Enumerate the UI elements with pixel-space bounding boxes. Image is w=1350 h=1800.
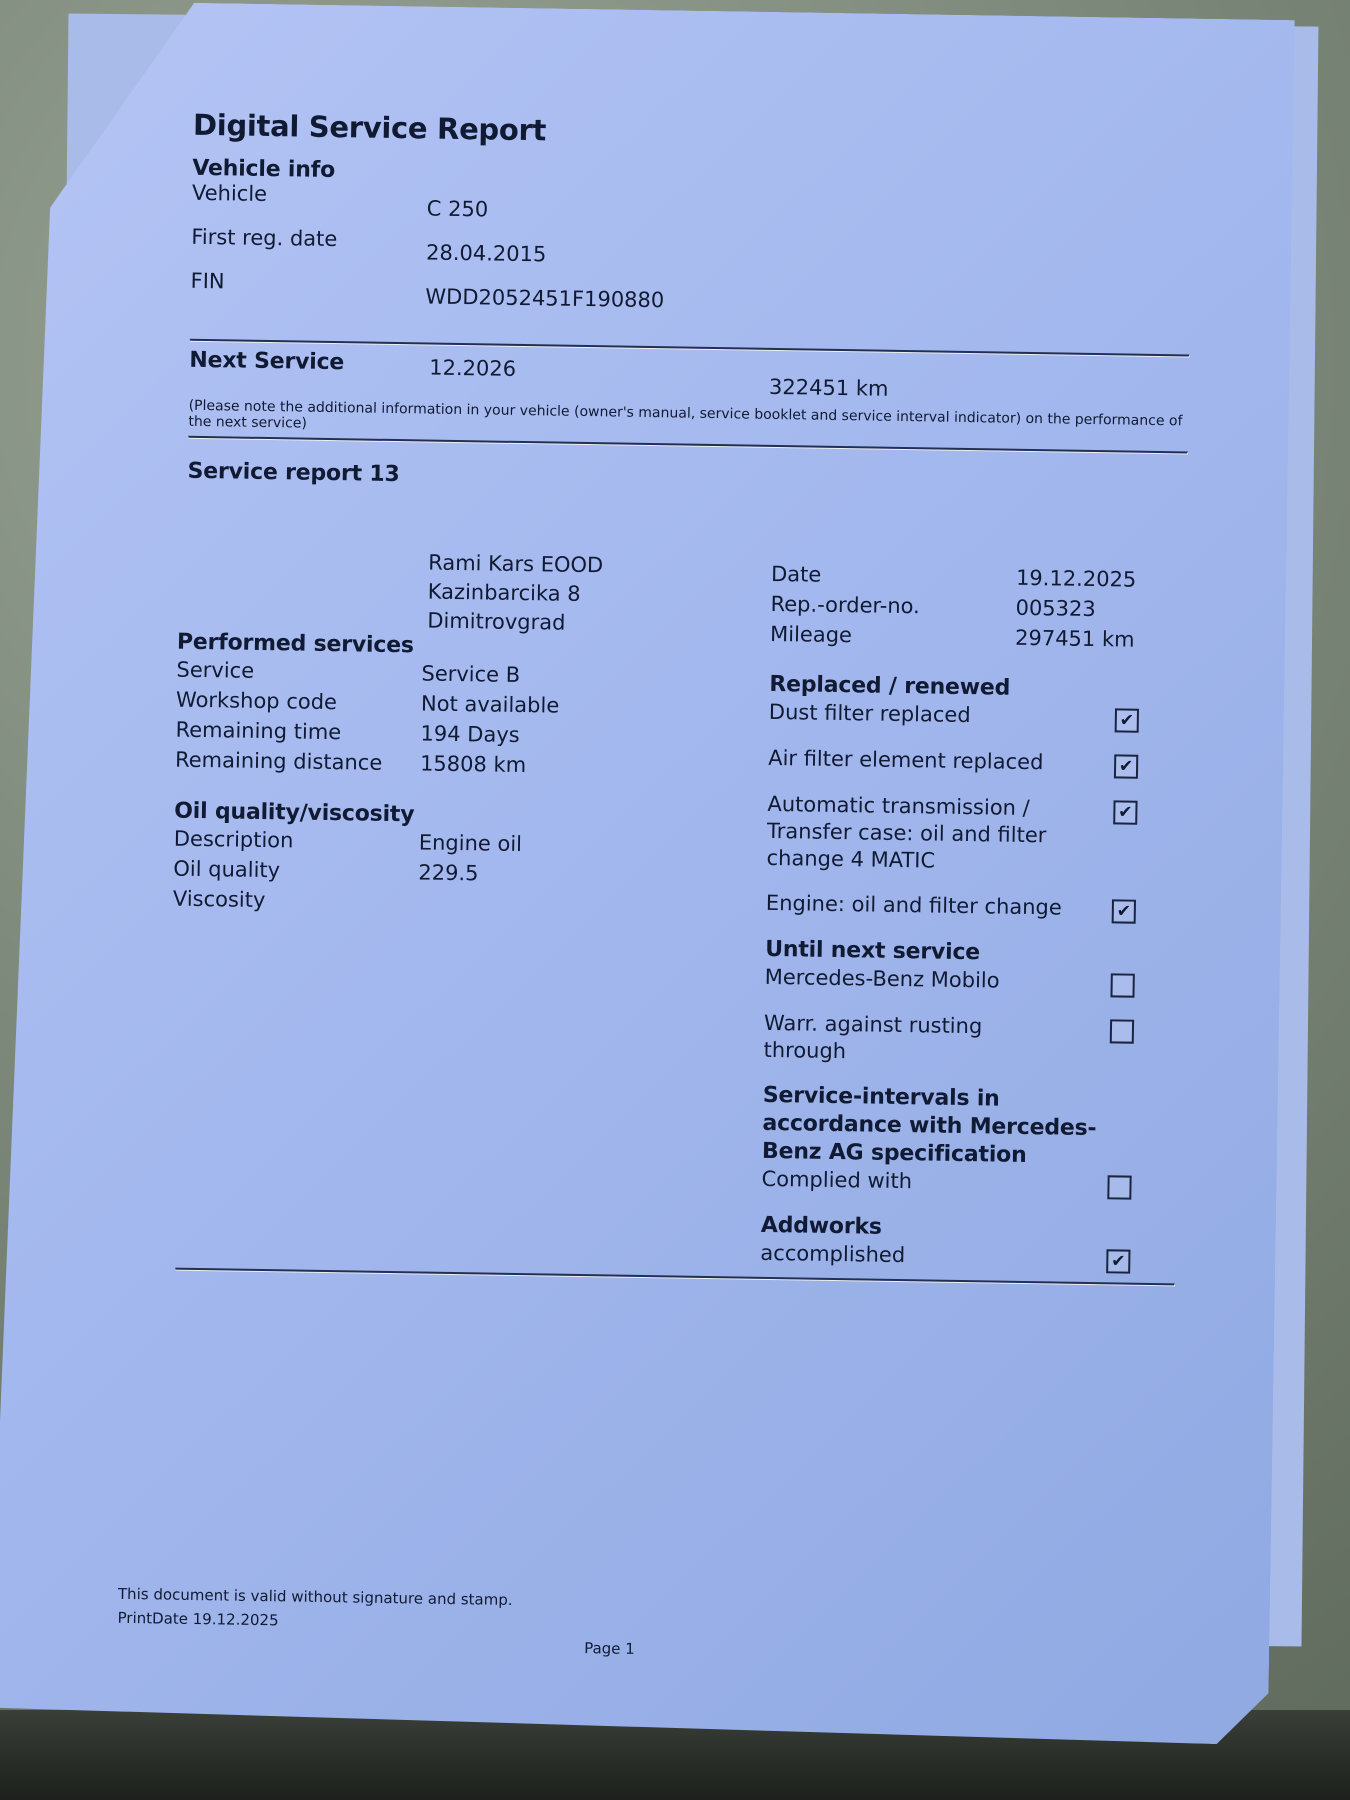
checkbox-empty-icon[interactable]	[1110, 973, 1134, 997]
page-title: Digital Service Report	[193, 108, 1193, 158]
date-value: 19.12.2025	[1016, 563, 1137, 595]
checklist-item-label: Automatic transmission / Transfer case: …	[766, 791, 1067, 877]
checkbox-checked-icon[interactable]: ✔	[1113, 800, 1137, 824]
workshop-address: Rami Kars EOOD Kazinbarcika 8 Dimitrovgr…	[427, 549, 603, 639]
service-label: Service	[176, 655, 421, 689]
first-reg-value: 28.04.2015	[426, 240, 547, 266]
left-column: Performed services Service Service B Wor…	[173, 630, 697, 922]
right-column: Date 19.12.2025 Rep.-order-no. 005323 Mi…	[760, 559, 1141, 1292]
checklist-item: Warr. against rusting through	[763, 1010, 1134, 1070]
workshop-code-value: Not available	[421, 688, 560, 720]
mileage-row: Mileage 297451 km	[770, 619, 1140, 655]
checklist-item-label: accomplished	[760, 1240, 1060, 1272]
mileage-value: 297451 km	[1015, 623, 1135, 655]
report-meta: Date 19.12.2025 Rep.-order-no. 005323 Mi…	[770, 559, 1141, 655]
checkbox-checked-icon[interactable]: ✔	[1115, 708, 1139, 732]
workshop-street: Kazinbarcika 8	[428, 578, 603, 610]
page-number: Page 1	[584, 1639, 635, 1658]
checklist-item-label: Air filter element replaced	[768, 745, 1068, 777]
addworks-list: accomplished✔	[760, 1240, 1130, 1274]
checklist-item: Engine: oil and filter change✔	[766, 890, 1136, 924]
checkbox-checked-icon[interactable]: ✔	[1106, 1249, 1130, 1273]
oil-description-label: Description	[174, 824, 419, 858]
checklist-item: Air filter element replaced✔	[768, 745, 1138, 779]
remaining-time-label: Remaining time	[175, 715, 420, 749]
oil-quality-label: Oil quality	[173, 854, 418, 888]
mileage-label: Mileage	[770, 619, 1015, 653]
checkbox-checked-icon[interactable]: ✔	[1112, 899, 1136, 923]
remaining-distance-label: Remaining distance	[175, 745, 420, 779]
report-sheet: Digital Service Report Vehicle info Vehi…	[0, 0, 1295, 1745]
vehicle-label: Vehicle	[192, 181, 267, 206]
service-report-heading: Service report 13	[187, 459, 1187, 500]
checklist-item-label: Dust filter replaced	[769, 699, 1069, 731]
replaced-list: Dust filter replaced✔Air filter element …	[766, 699, 1139, 924]
first-reg-label: First reg. date	[191, 225, 337, 251]
vehicle-info-section: Vehicle C 250 First reg. date 28.04.2015…	[190, 181, 1192, 329]
fin-value: WDD2052451F190880	[425, 284, 664, 312]
until-next-list: Mercedes-Benz MobiloWarr. against rustin…	[763, 964, 1135, 1070]
checkbox-empty-icon[interactable]	[1110, 1019, 1134, 1043]
checkbox-empty-icon[interactable]	[1107, 1175, 1131, 1199]
checkbox-checked-icon[interactable]: ✔	[1114, 754, 1138, 778]
next-service-mileage: 322451 km	[769, 375, 889, 401]
date-label: Date	[771, 559, 1016, 593]
checklist-item-label: Complied with	[761, 1166, 1061, 1198]
checklist-item: Complied with	[761, 1166, 1131, 1200]
intervals-list: Complied with	[761, 1166, 1131, 1200]
report-body: Rami Kars EOOD Kazinbarcika 8 Dimitrovgr…	[175, 500, 1187, 1296]
order-no-label: Rep.-order-no.	[770, 589, 1015, 623]
checklist-item-label: Engine: oil and filter change	[766, 890, 1066, 922]
workshop-code-label: Workshop code	[176, 685, 421, 719]
intervals-heading: Service-intervals in accordance with Mer…	[762, 1082, 1133, 1172]
report-content: Digital Service Report Vehicle info Vehi…	[175, 108, 1193, 1287]
footer: This document is valid without signature…	[117, 1582, 512, 1636]
oil-quality-value: 229.5	[418, 857, 479, 888]
checklist-item: accomplished✔	[760, 1240, 1130, 1274]
checklist-item: Mercedes-Benz Mobilo	[765, 964, 1135, 998]
oil-description-value: Engine oil	[419, 827, 523, 859]
next-service-date: 12.2026	[429, 356, 516, 381]
checklist-item-label: Warr. against rusting through	[763, 1010, 1064, 1069]
service-value: Service B	[421, 658, 520, 690]
viscosity-label: Viscosity	[173, 884, 418, 918]
remaining-distance-value: 15808 km	[420, 748, 527, 780]
workshop-name: Rami Kars EOOD	[428, 549, 603, 581]
fin-label: FIN	[190, 269, 224, 294]
checklist-item: Automatic transmission / Transfer case: …	[766, 791, 1137, 878]
checklist-item: Dust filter replaced✔	[769, 699, 1139, 733]
next-service-label: Next Service	[189, 348, 344, 375]
checklist-item-label: Mercedes-Benz Mobilo	[765, 964, 1065, 996]
order-no-value: 005323	[1015, 593, 1096, 624]
vehicle-value: C 250	[427, 196, 489, 221]
remaining-time-value: 194 Days	[420, 718, 520, 750]
